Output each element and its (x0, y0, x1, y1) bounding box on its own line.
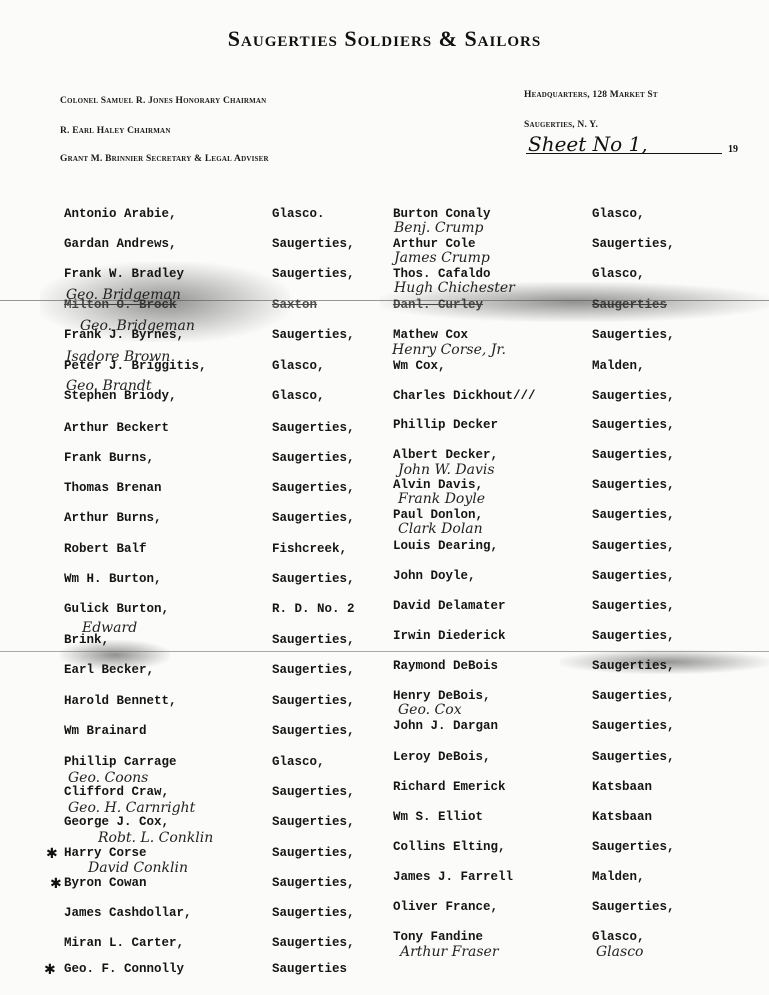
right-entry-town: Saugerties, (592, 237, 675, 251)
right-entry-town: Glasco, (592, 267, 645, 281)
left-entry-town: Saugerties, (272, 694, 355, 708)
year-prefix: 19 (728, 144, 738, 155)
left-entry-town: Saugerties, (272, 724, 355, 738)
handwritten-name: Geo. Cox (398, 702, 462, 718)
right-entry-town: Saugerties, (592, 508, 675, 522)
left-entry-town: Saugerties, (272, 846, 355, 860)
left-entry-name: Harry Corse (64, 846, 147, 860)
right-entry-name: Wm S. Elliot (393, 810, 483, 824)
right-entry-town: Saugerties, (592, 599, 675, 613)
right-entry-town: Katsbaan (592, 810, 652, 824)
left-entry-name: Frank W. Bradley (64, 267, 184, 281)
star-mark-icon: ✱ (50, 876, 62, 892)
right-entry-town: Saugerties, (592, 448, 675, 462)
handwritten-name: Hugh Chichester (394, 280, 515, 296)
left-entry-town: Saugerties, (272, 328, 355, 342)
left-entry-name: Gulick Burton, (64, 602, 169, 616)
left-entry-town: Saugerties, (272, 481, 355, 495)
left-entry-name: George J. Cox, (64, 815, 169, 829)
handwritten-name: David Conklin (88, 860, 188, 876)
handwritten-name: Arthur Fraser (400, 944, 499, 960)
handwritten-name: Edward (82, 620, 137, 636)
right-entry-town: Saugerties, (592, 328, 675, 342)
left-entry-town: Fishcreek, (272, 542, 347, 556)
right-entry-name: Leroy DeBois, (393, 750, 491, 764)
left-entry-name: Wm Brainard (64, 724, 147, 738)
left-entry-town: Saugerties, (272, 876, 355, 890)
handwritten-name: Robt. L. Conklin (98, 830, 213, 846)
handwritten-name: Frank Doyle (398, 491, 485, 507)
left-entry-name: Harold Bennett, (64, 694, 177, 708)
right-entry-name: Raymond DeBois (393, 659, 498, 673)
fold-line (0, 651, 769, 652)
right-entry-town: Saugerties, (592, 418, 675, 432)
right-entry-town: Saugerties, (592, 659, 675, 673)
handwritten-name: James Crump (394, 250, 490, 266)
right-entry-name: Louis Dearing, (393, 539, 498, 553)
left-entry-town: Saugerties, (272, 267, 355, 281)
left-entry-name: James Cashdollar, (64, 906, 192, 920)
right-entry-name: Albert Decker, (393, 448, 498, 462)
left-entry-name: Geo. F. Connolly (64, 962, 184, 976)
right-entry-town: Malden, (592, 359, 645, 373)
right-entry-name: Charles Dickhout/// (393, 389, 536, 403)
left-entry-town: Saugerties, (272, 633, 355, 647)
right-entry-town: Malden, (592, 870, 645, 884)
handwritten-name: Benj. Crump (394, 220, 484, 236)
left-entry-name: Clifford Craw, (64, 785, 169, 799)
headquarters-address: Headquarters, 128 Market St (524, 90, 658, 100)
right-entry-name: Tony Fandine (393, 930, 483, 944)
handwritten-name: Geo. H. Carnright (68, 800, 195, 816)
handwritten-name: Geo. Coons (68, 770, 148, 786)
sheet-number-line: Sheet No 1, 19 (520, 134, 738, 158)
officer-chairman: R. Earl Haley Chairman (60, 126, 171, 136)
left-entry-name: Miran L. Carter, (64, 936, 184, 950)
left-entry-name: Arthur Beckert (64, 421, 169, 435)
handwritten-name: Geo. Bridgeman (66, 287, 181, 303)
handwritten-name: Geo. Bridgeman (80, 318, 195, 334)
right-entry-name: Oliver France, (393, 900, 498, 914)
right-entry-town: Saugerties, (592, 389, 675, 403)
left-entry-name: Arthur Burns, (64, 511, 162, 525)
headquarters-city: Saugerties, N. Y. (524, 120, 598, 130)
left-entry-town: Saugerties, (272, 572, 355, 586)
left-entry-town: Saugerties (272, 962, 347, 976)
right-entry-name: Burton Conaly (393, 207, 491, 221)
handwritten-name: Clark Dolan (398, 521, 483, 537)
right-entry-town: Saugerties (592, 298, 667, 312)
officer-secretary: Grant M. Brinnier Secretary & Legal Advi… (60, 154, 269, 164)
left-entry-town: Saugerties, (272, 936, 355, 950)
right-entry-town: Saugerties, (592, 689, 675, 703)
right-entry-town: Saugerties, (592, 840, 675, 854)
right-entry-town: Saugerties, (592, 719, 675, 733)
right-entry-name: James J. Farrell (393, 870, 513, 884)
left-entry-town: Saugerties, (272, 785, 355, 799)
left-entry-town: Saugerties, (272, 815, 355, 829)
handwritten-name: Glasco (596, 944, 643, 960)
right-entry-name: John J. Dargan (393, 719, 498, 733)
right-entry-name: Danl. Curley (393, 298, 483, 312)
right-entry-town: Katsbaan (592, 780, 652, 794)
right-entry-name: Thos. Cafaldo (393, 267, 491, 281)
right-entry-name: Mathew Cox (393, 328, 468, 342)
left-entry-name: Earl Becker, (64, 663, 154, 677)
left-entry-town: Saxton (272, 298, 317, 312)
left-entry-town: Glasco, (272, 359, 325, 373)
left-entry-town: Saugerties, (272, 511, 355, 525)
handwritten-name: Isadore Brown (66, 349, 170, 365)
letterhead-title: Saugerties Soldiers & Sailors (0, 26, 769, 52)
right-entry-name: Arthur Cole (393, 237, 476, 251)
left-entry-name: Thomas Brenan (64, 481, 162, 495)
right-entry-town: Saugerties, (592, 478, 675, 492)
left-entry-name: Phillip Carrage (64, 755, 177, 769)
right-entry-name: Phillip Decker (393, 418, 498, 432)
right-entry-name: Paul Donlon, (393, 508, 483, 522)
right-entry-town: Saugerties, (592, 629, 675, 643)
right-entry-town: Saugerties, (592, 900, 675, 914)
star-mark-icon: ✱ (46, 846, 58, 862)
left-entry-name: Wm H. Burton, (64, 572, 162, 586)
right-entry-name: Henry DeBois, (393, 689, 491, 703)
star-mark-icon: ✱ (44, 962, 56, 978)
left-entry-name: Antonio Arabie, (64, 207, 177, 221)
left-entry-name: Frank Burns, (64, 451, 154, 465)
handwritten-name: John W. Davis (398, 462, 495, 478)
right-entry-name: Alvin Davis, (393, 478, 483, 492)
left-entry-name: Gardan Andrews, (64, 237, 177, 251)
handwritten-name: Henry Corse, Jr. (392, 342, 506, 358)
right-entry-town: Glasco, (592, 207, 645, 221)
left-entry-town: Saugerties, (272, 906, 355, 920)
document-page: Saugerties Soldiers & Sailors Colonel Sa… (0, 0, 769, 995)
left-entry-town: Glasco, (272, 389, 325, 403)
handwritten-name: Geo. Brandt (66, 378, 151, 394)
right-entry-name: Collins Elting, (393, 840, 506, 854)
right-entry-town: Saugerties, (592, 750, 675, 764)
left-entry-name: Byron Cowan (64, 876, 147, 890)
left-entry-town: Glasco. (272, 207, 325, 221)
right-entry-name: David Delamater (393, 599, 506, 613)
left-entry-town: Saugerties, (272, 421, 355, 435)
left-entry-name: Robert Balf (64, 542, 147, 556)
sheet-underline (526, 153, 722, 154)
right-entry-town: Saugerties, (592, 569, 675, 583)
left-entry-town: Saugerties, (272, 237, 355, 251)
right-entry-town: Saugerties, (592, 539, 675, 553)
left-entry-town: R. D. No. 2 (272, 602, 355, 616)
right-entry-name: John Doyle, (393, 569, 476, 583)
left-entry-town: Saugerties, (272, 451, 355, 465)
right-entry-town: Glasco, (592, 930, 645, 944)
left-entry-town: Saugerties, (272, 663, 355, 677)
right-entry-name: Wm Cox, (393, 359, 446, 373)
right-entry-name: Irwin Diederick (393, 629, 506, 643)
officer-honorary-chairman: Colonel Samuel R. Jones Honorary Chairma… (60, 96, 266, 106)
right-entry-name: Richard Emerick (393, 780, 506, 794)
left-entry-town: Glasco, (272, 755, 325, 769)
